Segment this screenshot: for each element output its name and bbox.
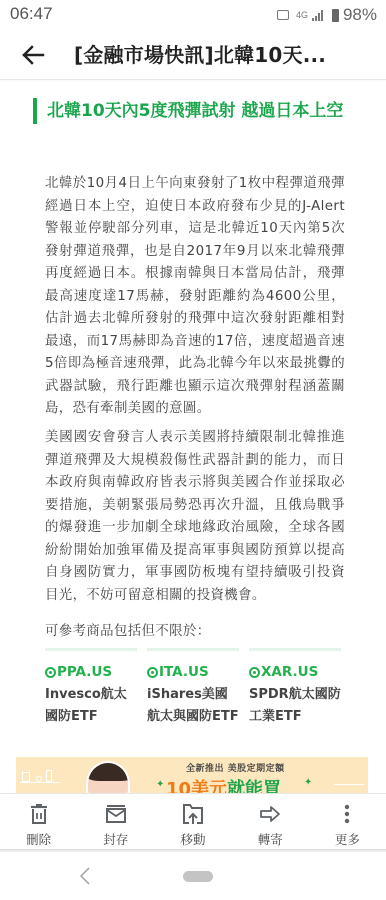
bottom-action-toolbar: 刪除 封存 移動 轉寄 更多 [0, 793, 386, 849]
person-photo [86, 761, 130, 793]
product-list: PPA.US Invesco航太國防ETF ITA.US iShares美國航太… [45, 648, 365, 728]
product-ticker[interactable]: XAR.US [249, 663, 341, 681]
ticker-label: PPA.US [57, 663, 112, 681]
more-label: 更多 [335, 830, 360, 848]
product-card[interactable]: PPA.US Invesco航太國防ETF [45, 648, 137, 728]
signal-icon [312, 10, 324, 21]
banner-slogan: 10美元就能買 [166, 775, 281, 793]
delete-button[interactable]: 刪除 [0, 794, 77, 849]
product-card[interactable]: XAR.US SPDR航太國防工業ETF [249, 648, 341, 728]
target-icon [45, 667, 56, 678]
product-ticker[interactable]: PPA.US [45, 663, 137, 681]
delete-label: 刪除 [26, 830, 51, 848]
article-headline: 北韓10天內5度飛彈試射 越過日本上空 [33, 98, 353, 124]
move-button[interactable]: 移動 [154, 794, 231, 849]
products-intro: 可參考商品包括但不限於： [45, 621, 345, 644]
confetti-icon: ✦ [304, 777, 312, 788]
battery-icon [332, 9, 339, 22]
target-icon [249, 667, 260, 678]
nav-back-icon[interactable] [78, 866, 92, 886]
product-name: iShares美國航太與國防ETF [147, 684, 239, 728]
banner-headline: 全新推出 美股定期定額 [186, 761, 285, 774]
arrow-left-icon [18, 40, 48, 70]
ticker-label: XAR.US [261, 663, 318, 681]
email-subject-title: [金融市場快訊]北韓10天... [74, 39, 326, 68]
target-icon [147, 667, 158, 678]
vibrate-icon [277, 10, 289, 20]
trash-icon [27, 802, 51, 826]
product-name: SPDR航太國防工業ETF [249, 684, 341, 728]
forward-label: 轉寄 [258, 830, 283, 848]
product-card[interactable]: ITA.US iShares美國航太與國防ETF [147, 648, 239, 728]
home-pill-icon[interactable] [183, 871, 213, 882]
product-divider [249, 648, 341, 651]
article-paragraph-1: 北韓於10月4日上午向東發射了1枚中程彈道飛彈經過日本上空，迫使日本政府發布少見… [45, 173, 345, 421]
archive-button[interactable]: 封存 [77, 794, 154, 849]
status-icons: 4G 98% [277, 5, 377, 25]
banner-price: 10美元 [166, 779, 227, 793]
app-bar: [金融市場快訊]北韓10天... [0, 30, 386, 80]
move-folder-icon [181, 802, 205, 826]
ticker-label: ITA.US [159, 663, 209, 681]
product-divider [45, 648, 137, 651]
status-time: 06:47 [10, 4, 53, 24]
back-button[interactable] [18, 40, 48, 70]
forward-button[interactable]: 轉寄 [232, 794, 309, 849]
building-decoration-icon [334, 763, 364, 785]
headline-text: 北韓10天內5度飛彈試射 越過日本上空 [47, 98, 353, 124]
more-button[interactable]: 更多 [309, 794, 386, 849]
product-ticker[interactable]: ITA.US [147, 663, 239, 681]
battery-percent: 98% [343, 5, 377, 25]
building-decoration-icon [20, 767, 60, 783]
move-label: 移動 [181, 830, 206, 848]
archive-icon [104, 802, 128, 826]
network-type: 4G [296, 10, 308, 20]
email-body[interactable]: 北韓10天內5度飛彈試射 越過日本上空 北韓於10月4日上午向東發射了1枚中程彈… [0, 81, 386, 793]
more-vertical-icon [335, 802, 359, 826]
confetti-icon: ✦ [156, 779, 164, 790]
status-bar: 06:47 4G 98% [0, 0, 386, 30]
product-divider [147, 648, 239, 651]
banner-cta: 就能買 [227, 779, 281, 793]
promo-banner[interactable]: ✦ 全新推出 美股定期定額 10美元就能買 ✦ [16, 757, 368, 793]
product-name: Invesco航太國防ETF [45, 684, 137, 728]
archive-label: 封存 [103, 830, 128, 848]
forward-icon [258, 802, 282, 826]
article-paragraph-2: 美國國安會發言人表示美國將持續限制北韓推進彈道飛彈及大規模殺傷性武器計劃的能力，… [45, 427, 345, 607]
